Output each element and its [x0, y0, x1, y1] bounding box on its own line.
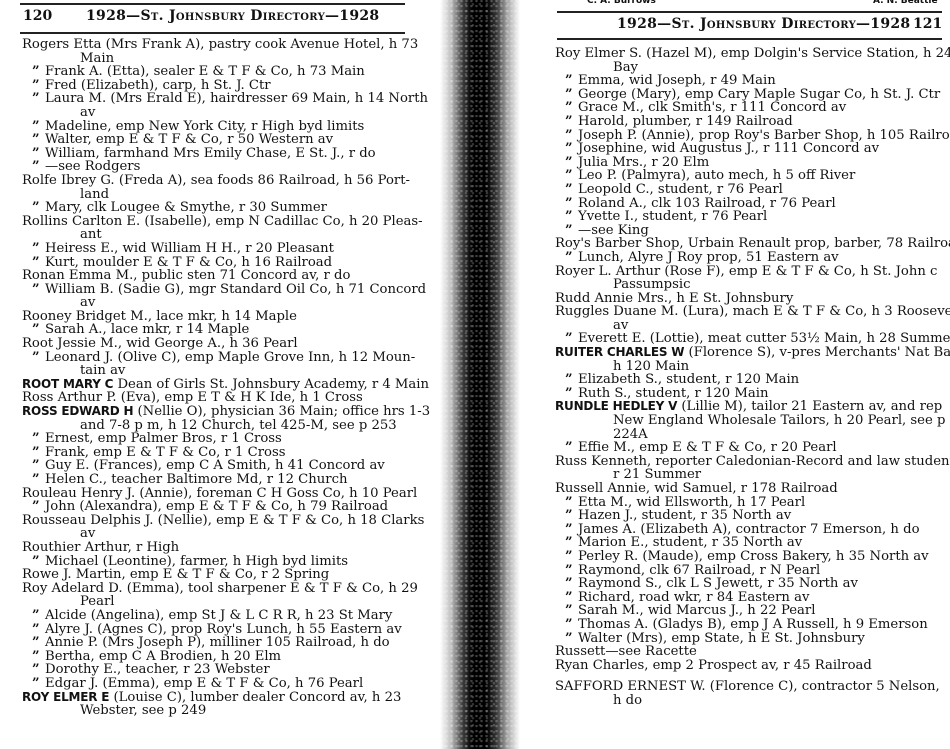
- directory-sub-entry: ”Everett E. (Lottie), meat cutter 53½ Ma…: [555, 332, 950, 346]
- directory-entries-list: Rogers Etta (Mrs Frank A), pastry cook A…: [22, 38, 412, 718]
- entry-continuation: Bay: [555, 61, 950, 75]
- entry-continuation: ant: [22, 228, 412, 242]
- entry-text: Roy Elmer S. (Hazel M), emp Dolgin's Ser…: [555, 46, 950, 61]
- directory-entries-list: Roy Elmer S. (Hazel M), emp Dolgin's Ser…: [555, 47, 950, 708]
- directory-sub-entry: ”Roland A., clk 103 Railroad, r 76 Pearl: [555, 197, 950, 211]
- directory-entry: ROOT MARY C Dean of Girls St. Johnsbury …: [22, 378, 412, 392]
- directory-sub-entry: ”Raymond S., clk L S Jewett, r 35 North …: [555, 577, 950, 591]
- directory-sub-entry: ”Frank, emp E & T F & Co, r 1 Cross: [22, 446, 412, 460]
- page-number: 120: [23, 8, 52, 24]
- directory-entry: Rouleau Henry J. (Annie), foreman C H Go…: [22, 487, 412, 501]
- ditto-mark: ”: [32, 120, 45, 134]
- ditto-mark: ”: [565, 142, 578, 156]
- directory-entry: Russett—see Racette: [555, 645, 950, 659]
- directory-entry: Routhier Arthur, r High: [22, 541, 412, 555]
- ditto-mark: ”: [32, 201, 45, 215]
- ditto-mark: ”: [565, 156, 578, 170]
- ditto-mark: ”: [565, 74, 578, 88]
- ditto-mark: ”: [32, 160, 45, 174]
- entry-continuation: Pearl: [22, 595, 412, 609]
- directory-entry: Rudd Annie Mrs., h E St. Johnsbury: [555, 292, 950, 306]
- directory-entry: Roy's Barber Shop, Urbain Renault prop, …: [555, 237, 950, 251]
- directory-sub-entry: ”Laura M. (Mrs Erald E), hairdresser 69 …: [22, 92, 412, 119]
- ditto-mark: ”: [565, 536, 578, 550]
- ditto-mark: ”: [565, 224, 578, 238]
- directory-sub-entry: ”Joseph P. (Annie), prop Roy's Barber Sh…: [555, 129, 950, 143]
- directory-entry: Roy Elmer S. (Hazel M), emp Dolgin's Ser…: [555, 47, 950, 74]
- directory-entry: Russell Annie, wid Samuel, r 178 Railroa…: [555, 482, 950, 496]
- directory-sub-entry: ”Elizabeth S., student, r 120 Main: [555, 373, 950, 387]
- ditto-mark: ”: [32, 473, 45, 487]
- directory-sub-entry: ”Fred (Elizabeth), carp, h St. J. Ctr: [22, 79, 412, 93]
- ditto-mark: ”: [565, 618, 578, 632]
- directory-sub-entry: ”Harold, plumber, r 149 Railroad: [555, 115, 950, 129]
- directory-sub-entry: ”Ruth S., student, r 120 Main: [555, 387, 950, 401]
- entry-continuation: and 7-8 p m, h 12 Church, tel 425-M, see…: [22, 419, 412, 433]
- directory-entry: ROY ELMER E (Louise C), lumber dealer Co…: [22, 691, 412, 718]
- directory-sub-entry: ”Lunch, Alyre J Roy prop, 51 Eastern av: [555, 251, 950, 265]
- entry-continuation: New England Wholesale Tailors, h 20 Pear…: [555, 414, 950, 428]
- ditto-mark: ”: [565, 88, 578, 102]
- entry-text: Laura M. (Mrs Erald E), hairdresser 69 M…: [45, 91, 428, 106]
- entry-text: Rolfe Ibrey G. (Freda A), sea foods 86 R…: [22, 173, 410, 188]
- ditto-mark: ”: [32, 609, 45, 623]
- directory-sub-entry: ”Yvette I., student, r 76 Pearl: [555, 210, 950, 224]
- entry-name-bold: RUNDLE HEDLEY V: [555, 399, 677, 413]
- ditto-mark: ”: [565, 509, 578, 523]
- entry-continuation: Webster, see p 249: [22, 704, 412, 718]
- ditto-mark: ”: [565, 441, 578, 455]
- directory-sub-entry: ”Kurt, moulder E & T F & Co, h 16 Railro…: [22, 256, 412, 270]
- ditto-mark: ”: [32, 65, 45, 79]
- entry-text: Rogers Etta (Mrs Frank A), pastry cook A…: [22, 37, 418, 52]
- entry-continuation: h 120 Main: [555, 360, 950, 374]
- entry-text: Ryan Charles, emp 2 Prospect av, r 45 Ra…: [555, 658, 872, 673]
- header-rule-bottom: [20, 32, 405, 34]
- directory-sub-entry: ”Hazen J., student, r 35 North av: [555, 509, 950, 523]
- header-rule-top: [20, 3, 405, 5]
- ditto-mark: ”: [565, 632, 578, 646]
- ditto-mark: ”: [32, 92, 45, 106]
- right-page: C. A. Burrows A. N. Beattie 1928—St. Joh…: [505, 0, 950, 749]
- entry-continuation: land: [22, 188, 412, 202]
- directory-sub-entry: ”William B. (Sadie G), mgr Standard Oil …: [22, 283, 412, 310]
- directory-sub-entry: ”Josephine, wid Augustus J., r 111 Conco…: [555, 142, 950, 156]
- ditto-mark: ”: [565, 604, 578, 618]
- directory-sub-entry: ”James A. (Elizabeth A), contractor 7 Em…: [555, 523, 950, 537]
- directory-sub-entry: ”Alcide (Angelina), emp St J & L C R R, …: [22, 609, 412, 623]
- ditto-mark: ”: [32, 323, 45, 337]
- directory-sub-entry: ”Marion E., student, r 35 North av: [555, 536, 950, 550]
- ditto-mark: ”: [565, 496, 578, 510]
- directory-sub-entry: ”Alyre J. (Agnes C), prop Roy's Lunch, h…: [22, 623, 412, 637]
- directory-sub-entry: ”Frank A. (Etta), sealer E & T F & Co, h…: [22, 65, 412, 79]
- directory-sub-entry: ”Annie P. (Mrs Joseph P), milliner 105 R…: [22, 636, 412, 650]
- ditto-mark: ”: [32, 242, 45, 256]
- entry-continuation: av: [555, 319, 950, 333]
- ditto-mark: ”: [32, 636, 45, 650]
- directory-entry: Root Jessie M., wid George A., h 36 Pear…: [22, 337, 412, 351]
- ditto-mark: ”: [565, 591, 578, 605]
- directory-entry: ROSS EDWARD H (Nellie O), physician 36 M…: [22, 405, 412, 432]
- header-rule-top: [557, 11, 942, 13]
- directory-sub-entry: ”Grace M., clk Smith's, r 111 Concord av: [555, 101, 950, 115]
- directory-sub-entry: ”Effie M., emp E & T F & Co, r 20 Pearl: [555, 441, 950, 455]
- entry-name-bold: ROY ELMER E: [22, 690, 109, 704]
- directory-entry: Ruggles Duane M. (Lura), mach E & T F & …: [555, 305, 950, 332]
- entry-continuation: h do: [555, 694, 950, 708]
- directory-entry: RUNDLE HEDLEY V (Lillie M), tailor 21 Ea…: [555, 400, 950, 441]
- ditto-mark: ”: [565, 251, 578, 265]
- ditto-mark: ”: [32, 283, 45, 297]
- page-header-title: 1928—St. Johnsbury Directory—1928: [617, 16, 910, 32]
- directory-entry: Russ Kenneth, reporter Caledonian-Record…: [555, 455, 950, 482]
- directory-sub-entry: ”Thomas A. (Gladys B), emp J A Russell, …: [555, 618, 950, 632]
- directory-sub-entry: ”Madeline, emp New York City, r High byd…: [22, 120, 412, 134]
- directory-sub-entry: ”Raymond, clk 67 Railroad, r N Pearl: [555, 564, 950, 578]
- directory-entry: Rogers Etta (Mrs Frank A), pastry cook A…: [22, 38, 412, 65]
- ditto-mark: ”: [32, 650, 45, 664]
- directory-sub-entry: ”Sarah M., wid Marcus J., h 22 Pearl: [555, 604, 950, 618]
- ditto-mark: ”: [565, 183, 578, 197]
- directory-sub-entry: ”Perley R. (Maude), emp Cross Bakery, h …: [555, 550, 950, 564]
- directory-sub-entry: ”Ernest, emp Palmer Bros, r 1 Cross: [22, 432, 412, 446]
- directory-entry: Rollins Carlton E. (Isabelle), emp N Cad…: [22, 215, 412, 242]
- directory-entry: Ross Arthur P. (Eva), emp E T & H K Ide,…: [22, 391, 412, 405]
- directory-sub-entry: ”Richard, road wkr, r 84 Eastern av: [555, 591, 950, 605]
- ditto-mark: ”: [32, 256, 45, 270]
- ditto-mark: ”: [565, 115, 578, 129]
- directory-entry: Rowe J. Martin, emp E & T F & Co, r 2 Sp…: [22, 568, 412, 582]
- directory-sub-entry: ”Bertha, emp C A Brodien, h 20 Elm: [22, 650, 412, 664]
- entry-name-bold: ROOT MARY C: [22, 377, 113, 391]
- entry-continuation: r 21 Summer: [555, 468, 950, 482]
- directory-sub-entry: ”John (Alexandra), emp E & T F & Co, h 7…: [22, 500, 412, 514]
- directory-sub-entry: ”Walter, emp E & T F & Co, r 50 Western …: [22, 133, 412, 147]
- directory-sub-entry: ”Leo P. (Palmyra), auto mech, h 5 off Ri…: [555, 169, 950, 183]
- directory-entry: SAFFORD ERNEST W. (Florence C), contract…: [555, 680, 950, 707]
- entry-continuation: 224A: [555, 428, 950, 442]
- entry-text: William B. (Sadie G), mgr Standard Oil C…: [45, 282, 426, 297]
- ditto-mark: ”: [32, 147, 45, 161]
- ditto-mark: ”: [565, 169, 578, 183]
- entry-continuation: Main: [22, 52, 412, 66]
- directory-sub-entry: ”William, farmhand Mrs Emily Chase, E St…: [22, 147, 412, 161]
- ditto-mark: ”: [32, 351, 45, 365]
- ditto-mark: ”: [32, 623, 45, 637]
- ditto-mark: ”: [565, 373, 578, 387]
- ditto-mark: ”: [32, 79, 45, 93]
- ditto-mark: ”: [32, 663, 45, 677]
- ditto-mark: ”: [565, 197, 578, 211]
- directory-sub-entry: ”—see Rodgers: [22, 160, 412, 174]
- directory-sub-entry: ”Michael (Leontine), farmer, h High byd …: [22, 555, 412, 569]
- directory-sub-entry: ”Emma, wid Joseph, r 49 Main: [555, 74, 950, 88]
- directory-entry: Ryan Charles, emp 2 Prospect av, r 45 Ra…: [555, 659, 950, 673]
- directory-entry: Ronan Emma M., public sten 71 Concord av…: [22, 269, 412, 283]
- entry-continuation: av: [32, 296, 412, 310]
- ditto-mark: ”: [32, 432, 45, 446]
- directory-entry: Rousseau Delphis J. (Nellie), emp E & T …: [22, 514, 412, 541]
- directory-sub-entry: ”Heiress E., wid William H H., r 20 Plea…: [22, 242, 412, 256]
- directory-entry: Roy Adelard D. (Emma), tool sharpener E …: [22, 582, 412, 609]
- directory-sub-entry: ”Walter (Mrs), emp State, h E St. Johnsb…: [555, 632, 950, 646]
- entry-name-bold: RUITER CHARLES W: [555, 345, 684, 359]
- ditto-mark: ”: [565, 101, 578, 115]
- directory-sub-entry: ”Edgar J. (Emma), emp E & T F & Co, h 76…: [22, 677, 412, 691]
- directory-sub-entry: ”Helen C., teacher Baltimore Md, r 12 Ch…: [22, 473, 412, 487]
- advertiser-right: A. N. Beattie: [873, 0, 938, 6]
- directory-sub-entry: ”Julia Mrs., r 20 Elm: [555, 156, 950, 170]
- directory-sub-entry: ”Guy E. (Frances), emp C A Smith, h 41 C…: [22, 459, 412, 473]
- ditto-mark: ”: [32, 555, 45, 569]
- directory-sub-entry: ”Leopold C., student, r 76 Pearl: [555, 183, 950, 197]
- advertiser-left: C. A. Burrows: [587, 0, 656, 6]
- directory-sub-entry: ”—see King: [555, 224, 950, 238]
- directory-entry: Rooney Bridget M., lace mkr, h 14 Maple: [22, 310, 412, 324]
- directory-sub-entry: ”George (Mary), emp Cary Maple Sugar Co,…: [555, 88, 950, 102]
- ditto-mark: ”: [565, 577, 578, 591]
- ditto-mark: ”: [565, 564, 578, 578]
- directory-sub-entry: ”Mary, clk Lougee & Smythe, r 30 Summer: [22, 201, 412, 215]
- directory-sub-entry: ”Dorothy E., teacher, r 23 Webster: [22, 663, 412, 677]
- ditto-mark: ”: [32, 133, 45, 147]
- entry-name-bold: ROSS EDWARD H: [22, 404, 133, 418]
- ditto-mark: ”: [565, 523, 578, 537]
- entry-continuation: tain av: [32, 364, 412, 378]
- directory-sub-entry: ”Sarah A., lace mkr, r 14 Maple: [22, 323, 412, 337]
- header-rule-bottom: [557, 38, 942, 40]
- ditto-mark: ”: [32, 446, 45, 460]
- directory-sub-entry: ”Leonard J. (Olive C), emp Maple Grove I…: [22, 351, 412, 378]
- ditto-mark: ”: [565, 210, 578, 224]
- ditto-mark: ”: [32, 677, 45, 691]
- page-header-title: 1928—St. Johnsbury Directory—1928: [86, 8, 379, 24]
- ditto-mark: ”: [32, 459, 45, 473]
- ditto-mark: ”: [565, 129, 578, 143]
- page-number: 121: [913, 16, 942, 32]
- left-page: 120 1928—St. Johnsbury Directory—1928 Ro…: [0, 0, 450, 749]
- ditto-mark: ”: [32, 500, 45, 514]
- directory-entry: RUITER CHARLES W (Florence S), v-pres Me…: [555, 346, 950, 373]
- directory-entry: Royer L. Arthur (Rose F), emp E & T F & …: [555, 265, 950, 292]
- entry-text: (Nellie O), physician 36 Main; office hr…: [133, 404, 430, 419]
- ditto-mark: ”: [565, 332, 578, 346]
- entry-continuation: Passumpsic: [555, 278, 950, 292]
- entry-continuation: av: [22, 527, 412, 541]
- directory-sub-entry: ”Etta M., wid Ellsworth, h 17 Pearl: [555, 496, 950, 510]
- directory-entry: Rolfe Ibrey G. (Freda A), sea foods 86 R…: [22, 174, 412, 201]
- entry-continuation: av: [32, 106, 412, 120]
- entry-text: (Florence S), v-pres Merchants' Nat Bank…: [684, 345, 950, 360]
- ditto-mark: ”: [565, 550, 578, 564]
- ditto-mark: ”: [565, 387, 578, 401]
